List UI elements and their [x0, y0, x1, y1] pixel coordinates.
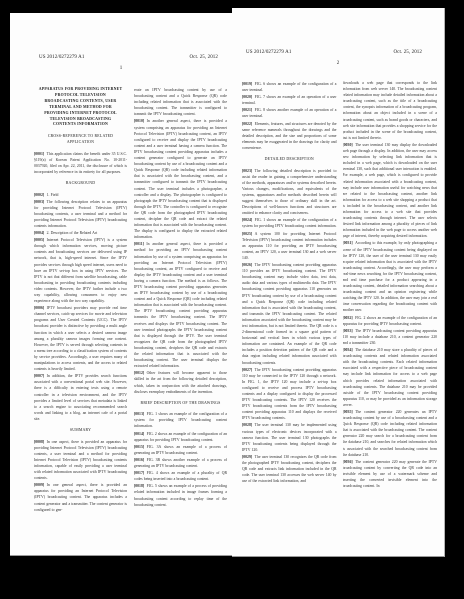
- paragraph: [0024]FIG. 1 shows an example of the con…: [242, 217, 337, 229]
- page-body: APPARATUS FOR PROVIDING INTERNET PROTOCO…: [34, 87, 227, 549]
- section-heading: SUMMARY: [34, 428, 127, 434]
- paragraph-number: [0004]: [34, 231, 44, 235]
- paragraph-number: [0005]: [34, 238, 44, 242]
- paragraph: [0009]In one general aspect, there is pr…: [34, 482, 127, 512]
- paragraph-number: [0034]: [343, 348, 353, 352]
- paragraph: [0019]FIG. 6 shows an example of the con…: [242, 81, 337, 93]
- publication-date: Oct. 25, 2012: [393, 50, 422, 55]
- text-column: APPARATUS FOR PROVIDING INTERNET PROTOCO…: [34, 87, 127, 549]
- paragraph-number: [0025]: [242, 232, 252, 236]
- section-heading: BRIEF DESCRIPTION OF THE DRAWINGS: [134, 401, 227, 407]
- paragraph: [0029]The user terminal 130 recognizes t…: [242, 454, 337, 484]
- paragraph: [0017]FIG. 4 shows an example of a plura…: [134, 470, 227, 482]
- document-viewer: US 2012/0272279 A1 Oct. 25, 2012 1 APPAR…: [0, 0, 464, 599]
- paragraph: [0035]The content generator 220 generate…: [343, 409, 438, 458]
- paragraph: [0012]Other features will become apparen…: [134, 370, 227, 394]
- paragraph: [0008]In one aspect, there is provided a…: [34, 439, 127, 482]
- paragraph-number: [0002]: [34, 193, 44, 197]
- paragraph: [0031]According to this example, by only…: [343, 240, 438, 313]
- paragraph-number: [0003]: [34, 200, 44, 204]
- paragraph-number: [0018]: [134, 484, 144, 488]
- publication-date: Oct. 25, 2012: [189, 55, 218, 60]
- paragraph: [0030]The user terminal 130 may display …: [343, 142, 438, 240]
- paragraph: [0016]FIG. 3B shows another example of a…: [134, 457, 227, 469]
- paragraph-number: [0017]: [134, 471, 144, 475]
- text-column: downloads a web page that corresponds to…: [343, 80, 438, 550]
- paragraph-number: [0010]: [134, 119, 144, 123]
- paragraph-number: [0012]: [134, 371, 144, 375]
- paragraph-number: [0016]: [134, 458, 144, 462]
- paragraph: [0007]In addition, the IPTV provides sea…: [34, 373, 127, 422]
- paragraph-number: [0007]: [34, 374, 44, 378]
- paragraph-number: [0031]: [343, 241, 353, 245]
- paragraph: [0032]FIG. 2 shows an example of the con…: [343, 315, 438, 327]
- paragraph-number: [0036]: [343, 460, 353, 464]
- section-heading: BACKGROUND: [34, 181, 127, 187]
- paragraph-number: [0029]: [242, 455, 252, 459]
- paragraph: [0033]The IPTV broadcasting content prov…: [343, 328, 438, 346]
- section-heading: CROSS-REFERENCE TO RELATED APPLICATION: [34, 134, 127, 145]
- paragraph: [0010]In another general aspect, there i…: [134, 118, 227, 240]
- paragraph-number: [0024]: [242, 218, 252, 222]
- paragraph-number: [0021]: [242, 108, 252, 112]
- paragraph: [0026]The IPTV broadcasting content prov…: [242, 262, 337, 366]
- paragraph: [0021]FIG. 8 shows another example of an…: [242, 107, 337, 119]
- paragraph-number: [0020]: [242, 95, 252, 99]
- page-header: US 2012/0272279 A1 Oct. 25, 2012: [246, 50, 422, 55]
- publication-number: US 2012/0272279 A1: [246, 50, 291, 55]
- paragraph-number: [0011]: [134, 242, 144, 246]
- paragraph-number: [0033]: [343, 329, 353, 333]
- page-header: US 2012/0272279 A1 Oct. 25, 2012: [39, 55, 218, 60]
- paragraph: [0003]The following description relates …: [34, 199, 127, 229]
- paragraph: [0001]This application claims the benefi…: [34, 151, 127, 175]
- paragraph: downloads a web page that corresponds to…: [343, 80, 438, 141]
- paragraph: [0020]FIG. 7 shows an example of an oper…: [242, 94, 337, 106]
- paragraph: [0022]Elements, features, and structures…: [242, 121, 337, 151]
- paragraph-number: [0009]: [34, 483, 44, 487]
- paragraph-number: [0027]: [242, 368, 252, 372]
- paragraph-number: [0026]: [242, 263, 252, 267]
- paragraph: [0025]A system 100 for providing Interne…: [242, 231, 337, 261]
- paragraph-number: [0028]: [242, 423, 252, 427]
- paragraph: [0018]FIG. 5 shows an example of a proce…: [134, 483, 227, 507]
- patent-title: APPARATUS FOR PROVIDING INTERNET PROTOCO…: [38, 87, 123, 128]
- paragraph-number: [0001]: [34, 152, 44, 156]
- paragraph-number: [0008]: [34, 440, 44, 444]
- paragraph: [0011]In another general aspect, there i…: [134, 241, 227, 369]
- paragraph: erate an IPTV broadcasting content by us…: [134, 87, 227, 117]
- paragraph: [0036]The content generator 220 may gene…: [343, 459, 438, 489]
- text-column: erate an IPTV broadcasting content by us…: [134, 87, 227, 549]
- patent-page-2: US 2012/0272279 A1 Oct. 25, 2012 2 [0019…: [232, 8, 445, 557]
- page-body: [0019]FIG. 6 shows an example of the con…: [242, 80, 437, 550]
- paragraph: [0005]Internet Protocol Television (IPTV…: [34, 237, 127, 304]
- paragraph-number: [0035]: [343, 410, 353, 414]
- paragraph: [0006]IPTV broadcast providers may provi…: [34, 305, 127, 372]
- paragraph-number: [0032]: [343, 316, 353, 320]
- paragraph-number: [0014]: [134, 432, 144, 436]
- paragraph: [0015]FIG. 3A shows an example of a proc…: [134, 444, 227, 456]
- paragraph: [0028]The user terminal 130 may be imple…: [242, 422, 337, 452]
- text-column: [0019]FIG. 6 shows an example of the con…: [242, 80, 337, 550]
- publication-number: US 2012/0272279 A1: [39, 55, 84, 60]
- paragraph: [0027]The IPTV broadcasting content prov…: [242, 367, 337, 422]
- paragraph-number: [0030]: [343, 143, 353, 147]
- paragraph-number: [0023]: [242, 169, 252, 173]
- paragraph-number: [0013]: [134, 412, 144, 416]
- paragraph: [0002]1. Field: [34, 192, 127, 198]
- paragraph-number: [0015]: [134, 445, 144, 449]
- page-number: 2: [232, 61, 444, 66]
- paragraph: [0013]FIG. 1 shows an example of the con…: [134, 411, 227, 429]
- paragraph: [0023]The following detailed description…: [242, 168, 337, 217]
- paragraph: [0034]The database 210 may store a plura…: [343, 347, 438, 408]
- paragraph: [0014]FIG. 2 shows an example of the con…: [134, 431, 227, 443]
- paragraph-number: [0019]: [242, 82, 252, 86]
- page-number: 1: [10, 66, 232, 71]
- paragraph-number: [0022]: [242, 122, 252, 126]
- patent-page-1: US 2012/0272279 A1 Oct. 25, 2012 1 APPAR…: [10, 13, 233, 556]
- paragraph-number: [0006]: [34, 306, 44, 310]
- section-heading: DETAILED DESCRIPTION: [242, 157, 337, 163]
- paragraph: [0004]2. Description of the Related Art: [34, 230, 127, 236]
